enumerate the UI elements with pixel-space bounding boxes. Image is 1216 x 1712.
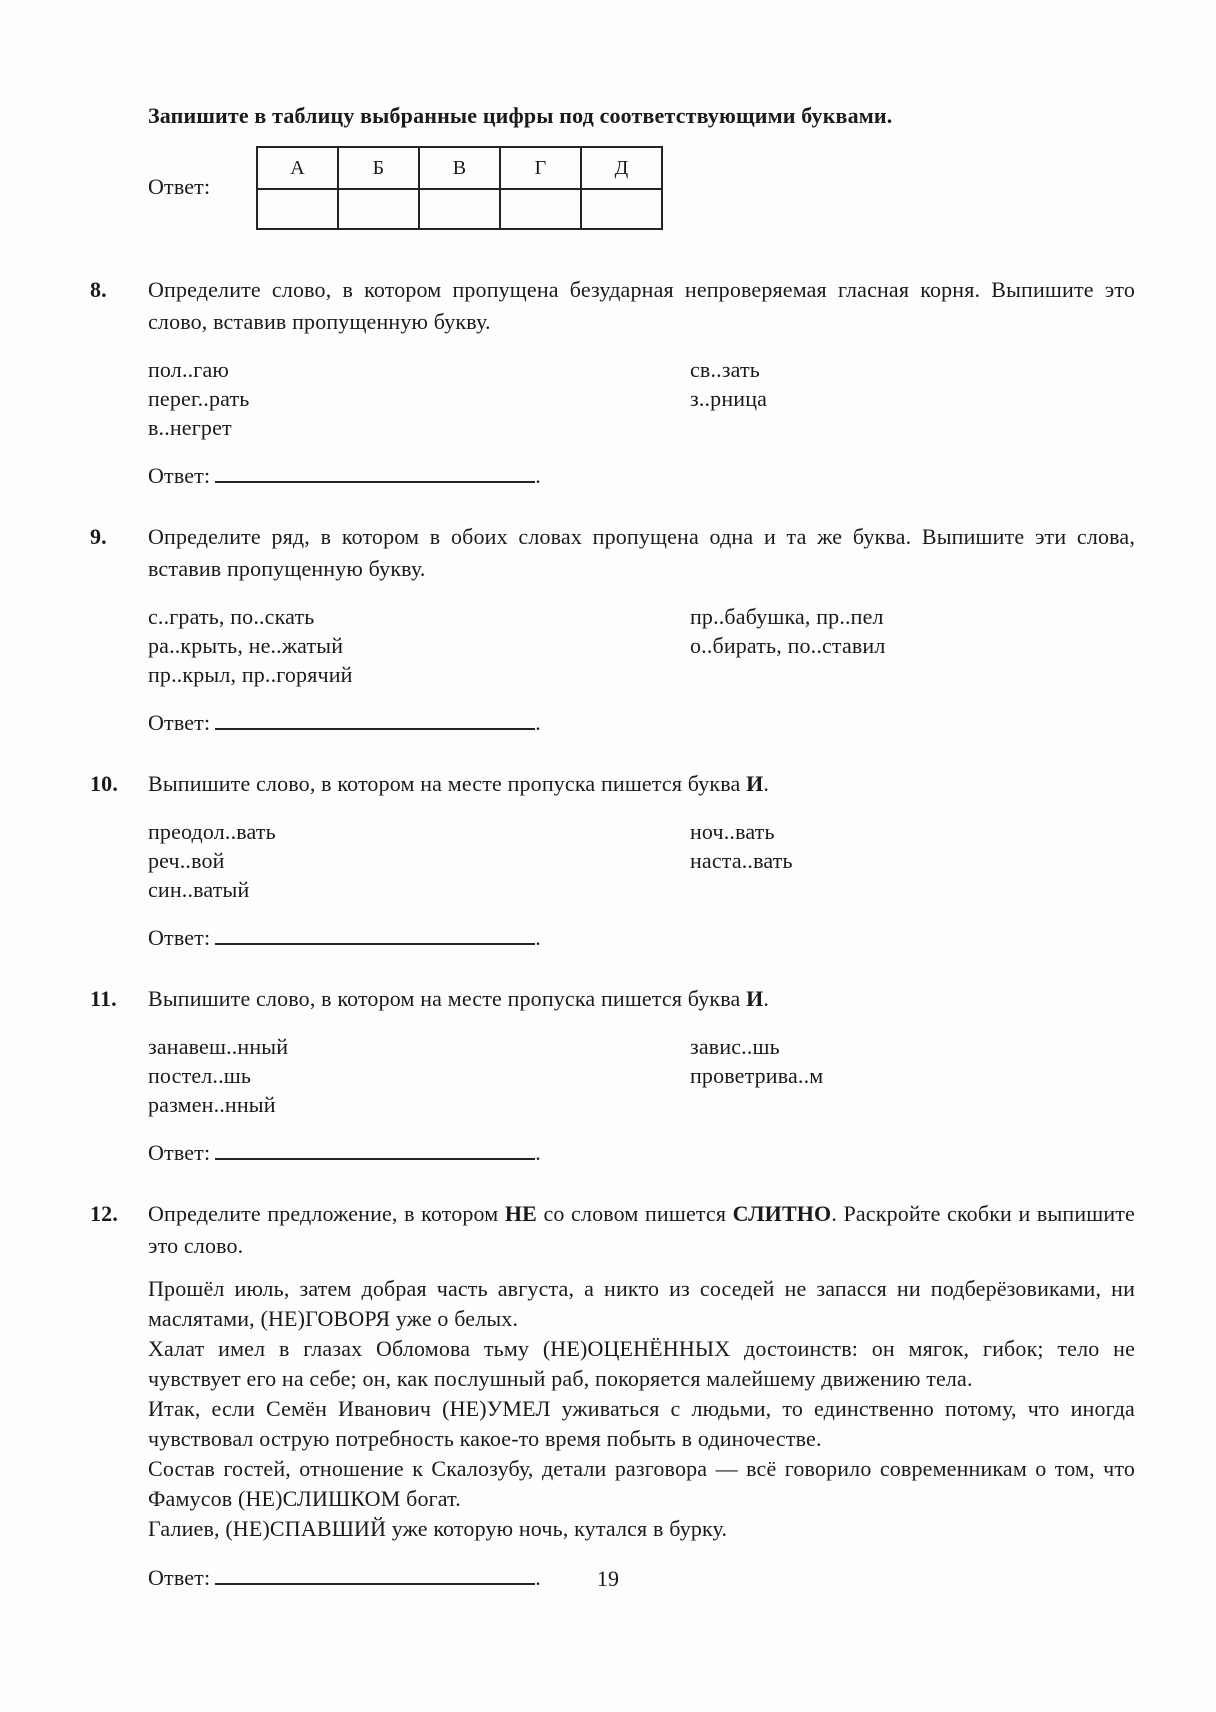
options-column-right: ноч..вать наста..вать	[690, 817, 1135, 904]
answer-table-input-cell	[581, 189, 662, 229]
answer-table-input-row	[257, 189, 662, 229]
sentence-options: Прошёл июль, затем добрая часть августа,…	[148, 1274, 1135, 1544]
options-column-right: пр..бабушка, пр..пел о..бирать, по..став…	[690, 602, 1135, 689]
answer-period: .	[535, 710, 541, 735]
option-word: с..грать, по..скать	[148, 602, 690, 631]
option-word: размен..нный	[148, 1090, 690, 1119]
answer-table-input-cell	[500, 189, 581, 229]
option-word: реч..вой	[148, 846, 690, 875]
answer-table-header-cell: В	[419, 147, 500, 189]
answer-label: Ответ:	[148, 1140, 210, 1165]
answer-table: А Б В Г Д	[256, 146, 663, 230]
question-prompt: Выпишите слово, в котором на месте пропу…	[148, 983, 1135, 1015]
answer-table-header-row: А Б В Г Д	[257, 147, 662, 189]
option-word: завис..шь	[690, 1032, 1135, 1061]
answer-label: Ответ:	[148, 710, 210, 735]
option-word: пол..гаю	[148, 355, 690, 384]
option-word: пр..крыл, пр..горячий	[148, 660, 690, 689]
answer-blank	[215, 919, 535, 945]
answer-table-input-cell	[338, 189, 419, 229]
answer-period: .	[535, 925, 541, 950]
question-9: 9. Определите ряд, в котором в обоих сло…	[90, 521, 1136, 738]
option-word: пр..бабушка, пр..пел	[690, 602, 1135, 631]
answer-blank	[215, 704, 535, 730]
answer-label: Ответ:	[148, 463, 210, 488]
options-list: пол..гаю перег..рать в..негрет св..зать …	[148, 355, 1135, 442]
options-list: занавеш..нный постел..шь размен..нный за…	[148, 1032, 1135, 1119]
answer-table-input-cell	[257, 189, 338, 229]
option-word: наста..вать	[690, 846, 1135, 875]
answer-table-row: Ответ: А Б В Г Д	[148, 146, 1136, 230]
question-12: 12. Определите предложение, в котором НЕ…	[90, 1198, 1136, 1593]
scanned-exam-page: Запишите в таблицу выбранные цифры под с…	[0, 0, 1216, 1712]
option-word: о..бирать, по..ставил	[690, 631, 1135, 660]
question-prompt: Определите предложение, в котором НЕ со …	[148, 1198, 1135, 1262]
question-number: 9.	[90, 521, 148, 738]
option-word: в..негрет	[148, 413, 690, 442]
options-column-left: пол..гаю перег..рать в..негрет	[148, 355, 690, 442]
answer-period: .	[535, 1140, 541, 1165]
question-number: 8.	[90, 274, 148, 491]
answer-table-header-cell: Д	[581, 147, 662, 189]
question-number: 11.	[90, 983, 148, 1168]
option-word: син..ватый	[148, 875, 690, 904]
question-10: 10. Выпишите слово, в котором на месте п…	[90, 768, 1136, 953]
sentence-option: Состав гостей, отношение к Скалозубу, де…	[148, 1454, 1135, 1514]
sentence-option: Галиев, (НЕ)СПАВШИЙ уже которую ночь, ку…	[148, 1514, 1135, 1544]
answer-line: Ответ:.	[148, 919, 1135, 953]
options-list: преодол..вать реч..вой син..ватый ноч..в…	[148, 817, 1135, 904]
option-word: з..рница	[690, 384, 1135, 413]
question-prompt: Определите ряд, в котором в обоих словах…	[148, 521, 1135, 585]
option-word: ноч..вать	[690, 817, 1135, 846]
sentence-option: Итак, если Семён Иванович (НЕ)УМЕЛ ужива…	[148, 1394, 1135, 1454]
sentence-option: Халат имел в глазах Обломова тьму (НЕ)ОЦ…	[148, 1334, 1135, 1394]
question-prompt: Выпишите слово, в котором на месте пропу…	[148, 768, 1135, 800]
answer-table-header-cell: Б	[338, 147, 419, 189]
option-word: занавеш..нный	[148, 1032, 690, 1061]
answer-period: .	[535, 463, 541, 488]
answer-blank	[215, 1134, 535, 1160]
options-column-left: преодол..вать реч..вой син..ватый	[148, 817, 690, 904]
question-prompt: Определите слово, в котором пропущена бе…	[148, 274, 1135, 338]
intro-instruction: Запишите в таблицу выбранные цифры под с…	[148, 100, 1136, 132]
answer-line: Ответ:.	[148, 1134, 1135, 1168]
answer-table-input-cell	[419, 189, 500, 229]
option-word: проветрива..м	[690, 1061, 1135, 1090]
option-word: преодол..вать	[148, 817, 690, 846]
question-8: 8. Определите слово, в котором пропущена…	[90, 274, 1136, 491]
answer-label: Ответ:	[148, 925, 210, 950]
answer-line: Ответ:.	[148, 457, 1135, 491]
answer-label: Ответ:	[148, 146, 256, 230]
option-word: постел..шь	[148, 1061, 690, 1090]
option-word: перег..рать	[148, 384, 690, 413]
options-column-right: завис..шь проветрива..м	[690, 1032, 1135, 1119]
question-number: 10.	[90, 768, 148, 953]
answer-table-header-cell: Г	[500, 147, 581, 189]
answer-blank	[215, 457, 535, 483]
intro-block: Запишите в таблицу выбранные цифры под с…	[148, 100, 1136, 230]
answer-line: Ответ:.	[148, 704, 1135, 738]
options-column-left: с..грать, по..скать ра..крыть, не..жатый…	[148, 602, 690, 689]
question-11: 11. Выпишите слово, в котором на месте п…	[90, 983, 1136, 1168]
answer-table-header-cell: А	[257, 147, 338, 189]
sentence-option: Прошёл июль, затем добрая часть августа,…	[148, 1274, 1135, 1334]
question-number: 12.	[90, 1198, 148, 1593]
options-column-left: занавеш..нный постел..шь размен..нный	[148, 1032, 690, 1119]
options-column-right: св..зать з..рница	[690, 355, 1135, 442]
options-list: с..грать, по..скать ра..крыть, не..жатый…	[148, 602, 1135, 689]
option-word: св..зать	[690, 355, 1135, 384]
option-word: ра..крыть, не..жатый	[148, 631, 690, 660]
page-number: 19	[0, 1566, 1216, 1592]
